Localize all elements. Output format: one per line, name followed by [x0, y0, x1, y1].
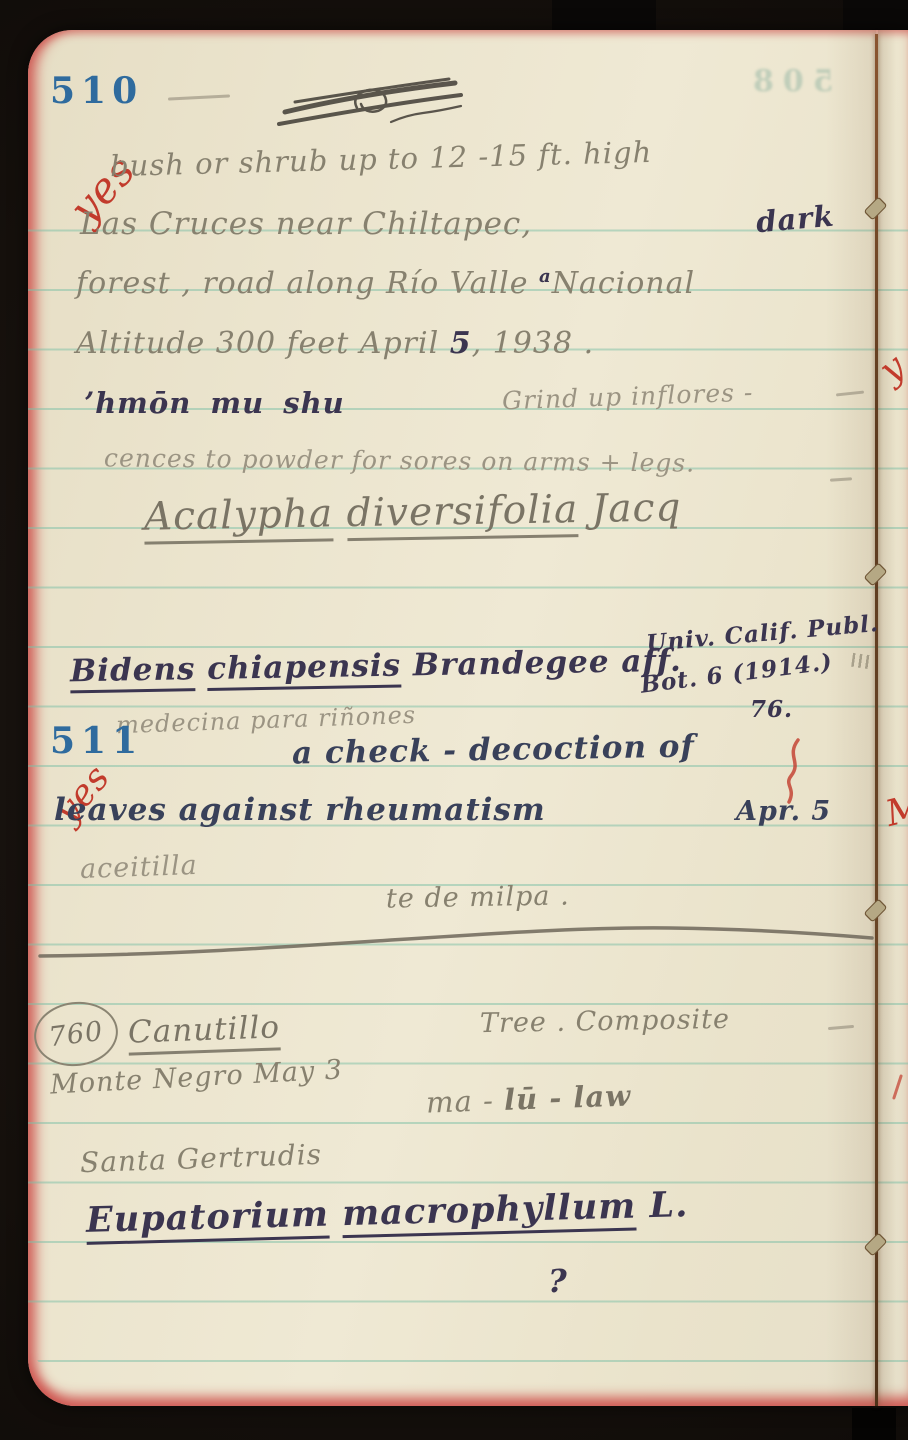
identification-question-mark: ? [548, 1262, 568, 1300]
author-abbrev: Brandegee aff. [413, 643, 683, 684]
species-epithet: diversifolia [346, 487, 579, 541]
common-name: Canutillo [127, 1009, 280, 1050]
pencil-dash [168, 94, 230, 100]
reference-page: 76. [750, 696, 793, 723]
altitude-date-note: Altitude 300 feet April 5, 1938 . [76, 326, 594, 361]
native-plant-name: ma - lū - law [425, 1078, 631, 1119]
habit-family-note: Tree . Composite [480, 1004, 731, 1039]
use-note-line2: leaves against rheumatism [54, 792, 546, 828]
genus-name: Bidens [70, 651, 196, 693]
inserted-letter: a [539, 266, 552, 287]
species-determination-510: Acalypha diversifolia Jacq [144, 485, 682, 539]
margin-hash-marks [851, 653, 871, 669]
common-name-note: aceitilla [79, 850, 198, 885]
habitat-text: forest , road along Río Valle [76, 266, 528, 301]
collection-number: 760 [47, 1015, 105, 1052]
notebook-scan: 508 510 yes bush or shrub up to 12 -15 f… [0, 0, 908, 1440]
native-plant-name: ʼhmōn mu shu [84, 386, 345, 420]
genus-name: Eupatorium [86, 1194, 330, 1245]
habitat-note: forest , road along Río Valle aNacional [76, 266, 695, 301]
page-tab-shadow [852, 1408, 896, 1440]
scratched-out-word [273, 70, 468, 140]
year-text: , 1938 . [472, 326, 595, 361]
altitude-text: Altitude 300 feet April [76, 326, 439, 361]
habitat-text-end: Nacional [552, 266, 695, 301]
native-name-light: ma - [425, 1083, 494, 1119]
common-name-text: Canutillo [127, 1009, 280, 1055]
ghost-page-number: 508 [744, 64, 834, 99]
species-epithet: chiapensis [207, 648, 402, 691]
red-pencil-squiggle [776, 736, 810, 812]
tea-note: te de milpa . [386, 880, 570, 914]
native-name-dark: lū - law [503, 1078, 631, 1116]
date-day-overwrite: 5 [450, 326, 472, 361]
entry-divider-line [34, 916, 876, 964]
locality-note-ink: dark [755, 199, 836, 240]
locality-note: Las Cruces near Chiltapec, [80, 206, 532, 242]
author-abbrev: Jacq [591, 485, 681, 532]
notebook-page: 508 510 yes bush or shrub up to 12 -15 f… [28, 30, 908, 1406]
author-abbrev: L. [649, 1184, 689, 1226]
use-note-line2: cences to powder for sores on arms + leg… [104, 443, 695, 477]
binding-gutter [875, 34, 878, 1406]
use-note-line1: a check - decoction of [292, 728, 695, 771]
genus-name: Acalypha [144, 491, 334, 544]
species-epithet: macrophyllum [342, 1185, 637, 1238]
